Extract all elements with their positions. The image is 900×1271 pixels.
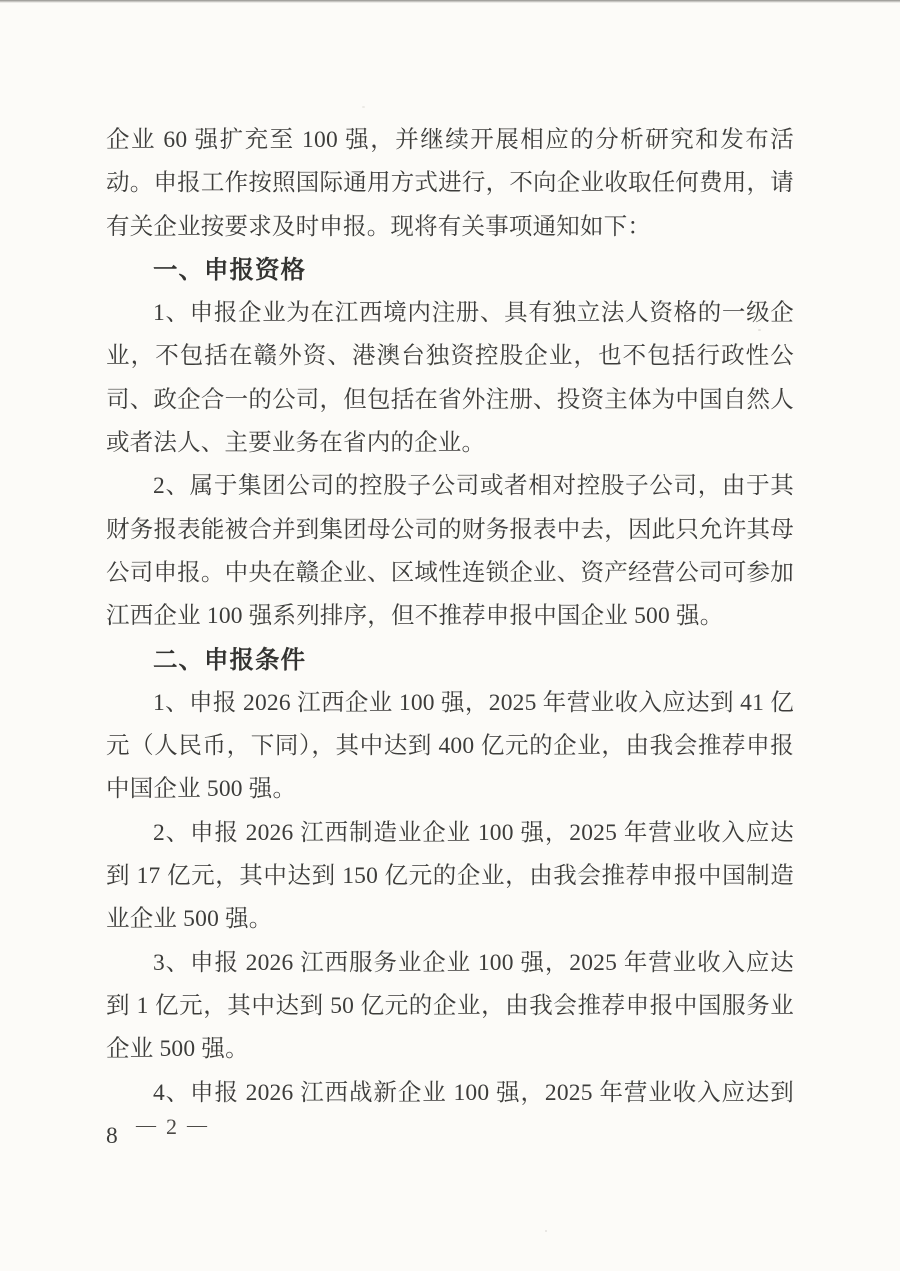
page-footer: — 2 —: [136, 1116, 207, 1138]
scan-speck: [545, 1230, 547, 1232]
document-body: 企业 60 强扩充至 100 强，并继续开展相应的分析研究和发布活动。申报工作按…: [106, 119, 794, 1158]
scan-speck: [758, 329, 761, 331]
paragraph-condition-item-1: 1、申报 2026 江西企业 100 强，2025 年营业收入应达到 41 亿元…: [106, 682, 794, 812]
page-number: 2: [166, 1116, 177, 1138]
paragraph-condition-item-2: 2、申报 2026 江西制造业企业 100 强，2025 年营业收入应达到 17…: [106, 812, 794, 942]
paragraph-eligibility-item-1: 1、申报企业为在江西境内注册、具有独立法人资格的一级企业，不包括在赣外资、港澳台…: [106, 292, 794, 465]
scan-edge-artifact: [0, 0, 900, 3]
footer-dash-left: —: [136, 1115, 156, 1135]
scan-speck: [362, 106, 365, 108]
footer-dash-right: —: [187, 1115, 207, 1135]
section-heading-application-eligibility: 一、申报资格: [106, 249, 794, 292]
document-page: 企业 60 强扩充至 100 强，并继续开展相应的分析研究和发布活动。申报工作按…: [0, 0, 900, 1271]
paragraph-condition-item-3: 3、申报 2026 江西服务业企业 100 强，2025 年营业收入应达到 1 …: [106, 942, 794, 1072]
section-heading-application-conditions: 二、申报条件: [106, 639, 794, 682]
paragraph-condition-item-4-truncated: 4、申报 2026 江西战新企业 100 强，2025 年营业收入应达到 8: [106, 1072, 794, 1159]
paragraph-continuation: 企业 60 强扩充至 100 强，并继续开展相应的分析研究和发布活动。申报工作按…: [106, 119, 794, 249]
paragraph-eligibility-item-2: 2、属于集团公司的控股子公司或者相对控股子公司，由于其财务报表能被合并到集团母公…: [106, 465, 794, 638]
